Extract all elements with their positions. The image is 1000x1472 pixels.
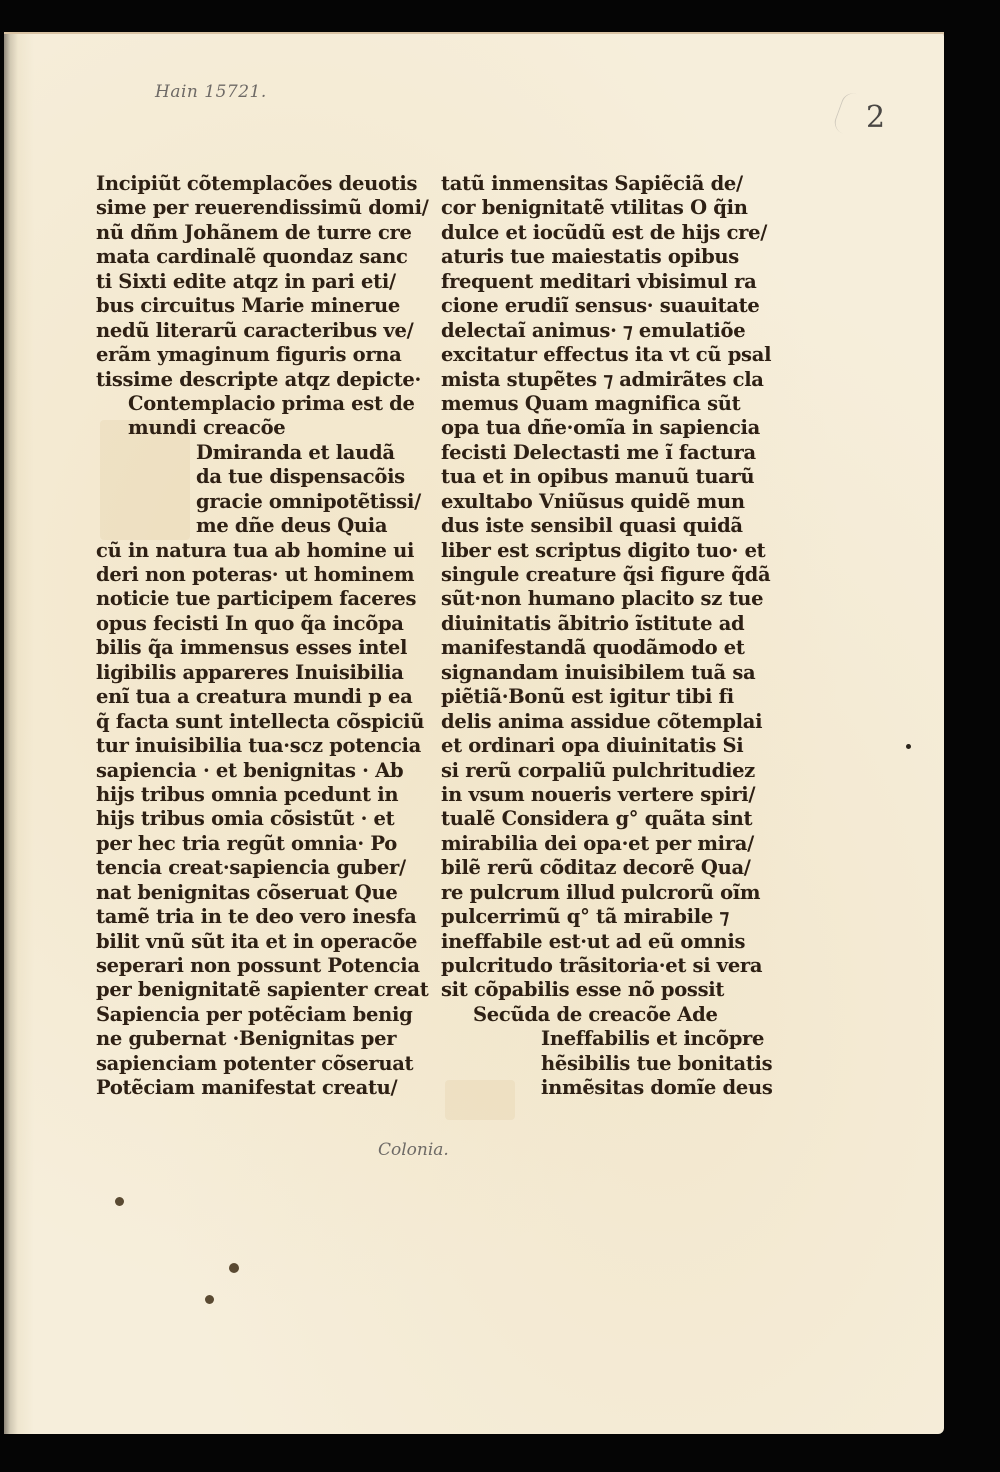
text-line: q̃ facta sunt intellecta cõspiciũ <box>96 710 376 734</box>
text-line: seperari non possunt Potencia <box>96 954 376 978</box>
text-line: Ineffabilis et incõpre <box>441 1027 737 1051</box>
text-line: re pulcrum illud pulcrorũ oĩm <box>441 881 737 905</box>
text-line: opa tua dñe·omĩa in sapiencia <box>441 416 737 440</box>
text-line: tamẽ tria in te deo vero inesfa <box>96 905 376 929</box>
place-note: Colonia. <box>378 1140 449 1160</box>
text-line: nat benignitas cõseruat Que <box>96 881 376 905</box>
text-line: tualẽ Considera g° quãta sint <box>441 807 737 831</box>
text-line: aturis tue maiestatis opibus <box>441 245 737 269</box>
text-line: cũ in natura tua ab homine ui <box>96 539 376 563</box>
text-line: mata cardinalẽ quondaz sanc <box>96 245 376 269</box>
text-line: tissime descripte atqz depicte· <box>96 368 376 392</box>
text-line: da tue dispensacõis <box>96 465 376 489</box>
text-line: pulcritudo trãsitoria·et si vera <box>441 954 737 978</box>
text-line: memus Quam magnifica sũt <box>441 392 737 416</box>
text-line: ti Sixti edite atqz in pari eti/ <box>96 270 376 294</box>
text-line: tua et in opibus manuũ tuarũ <box>441 465 737 489</box>
text-line: sapienciam potenter cõseruat <box>96 1052 376 1076</box>
text-line: erãm ymaginum figuris orna <box>96 343 376 367</box>
text-line: dulce et iocũdũ est de hijs cre/ <box>441 221 737 245</box>
right-text-column: tatũ inmensitas Sapiẽciã de/ cor benigni… <box>441 172 737 1101</box>
ink-spot <box>115 1197 124 1206</box>
text-line: ineffabile est·ut ad eũ omnis <box>441 930 737 954</box>
catalog-note: Hain 15721. <box>155 82 267 102</box>
folio-number: 2 <box>866 100 885 135</box>
text-line: bilit vnũ sũt ita et in operacõe <box>96 930 376 954</box>
text-line: exultabo Vniũsus quidẽ mun <box>441 490 737 514</box>
text-line: tencia creat·sapiencia guber/ <box>96 856 376 880</box>
text-line: manifestandã quodãmodo et <box>441 636 737 660</box>
text-line: delis anima assidue cõtemplai <box>441 710 737 734</box>
text-line: ligibilis appareres Inuisibilia <box>96 661 376 685</box>
ink-spot <box>906 744 911 749</box>
text-line: Incipiũt cõtemplacões deuotis <box>96 172 376 196</box>
text-line: noticie tue participem faceres <box>96 587 376 611</box>
text-line: sit cõpabilis esse nõ possit <box>441 978 737 1002</box>
text-line: per hec tria regũt omnia· Po <box>96 832 376 856</box>
text-line: singule creature q̃si figure q̃dã <box>441 563 737 587</box>
text-line: Dmiranda et laudã <box>96 441 376 465</box>
text-line: liber est scriptus digito tuo· et <box>441 539 737 563</box>
rubric-line: Contemplacio prima est de <box>96 392 376 416</box>
left-text-column: Incipiũt cõtemplacões deuotis sime per r… <box>96 172 376 1101</box>
text-line: Sapiencia per potẽciam benig <box>96 1003 376 1027</box>
text-line: hẽsibilis tue bonitatis <box>441 1052 737 1076</box>
text-line: bilis q̃a immensus esses intel <box>96 636 376 660</box>
text-line: inmẽsitas domĩe deus <box>441 1076 737 1100</box>
text-line: tur inuisibilia tua·scz potencia <box>96 734 376 758</box>
ink-spot <box>205 1295 214 1304</box>
text-line: sapiencia · et benignitas · Ab <box>96 759 376 783</box>
text-line: opus fecisti In quo q̃a incõpa <box>96 612 376 636</box>
text-line: sime per reuerendissimũ domi/ <box>96 196 376 220</box>
text-line: mista stupẽtes ⁊ admirãtes cla <box>441 368 737 392</box>
text-line: hijs tribus omnia pcedunt in <box>96 783 376 807</box>
ink-spot <box>229 1263 239 1273</box>
text-line: deri non poteras· ut hominem <box>96 563 376 587</box>
text-line: excitatur effectus ita vt cũ psal <box>441 343 737 367</box>
text-line: delectaĩ animus· ⁊ emulatiõe <box>441 319 737 343</box>
text-line: Potẽciam manifestat creatu/ <box>96 1076 376 1100</box>
text-line: piẽtiã·Bonũ est igitur tibi fi <box>441 685 737 709</box>
text-line: dus iste sensibil quasi quidã <box>441 514 737 538</box>
text-line: bilẽ rerũ cõditaz decorẽ Qua/ <box>441 856 737 880</box>
text-line: hijs tribus omia cõsistũt · et <box>96 807 376 831</box>
text-line: signandam inuisibilem tuã sa <box>441 661 737 685</box>
text-line: diuinitatis ãbitrio ĩstitute ad <box>441 612 737 636</box>
text-line: per benignitatẽ sapienter creat <box>96 978 376 1002</box>
text-line: enĩ tua a creatura mundi p ea <box>96 685 376 709</box>
text-line: pulcerrimũ q° tã mirabile ⁊ <box>441 905 737 929</box>
text-line: ne gubernat ·Benignitas per <box>96 1027 376 1051</box>
text-line: si rerũ corpaliũ pulchritudiez <box>441 759 737 783</box>
text-line: et ordinari opa diuinitatis Si <box>441 734 737 758</box>
text-line: gracie omnipotẽtissi/ <box>96 490 376 514</box>
text-line: nedũ literarũ caracteribus ve/ <box>96 319 376 343</box>
text-line: nũ dñm Johãnem de turre cre <box>96 221 376 245</box>
text-line: in vsum noueris vertere spiri/ <box>441 783 737 807</box>
text-line: cione erudiĩ sensus· suauitate <box>441 294 737 318</box>
text-line: frequent meditari vbisimul ra <box>441 270 737 294</box>
text-line: fecisti Delectasti me ĩ factura <box>441 441 737 465</box>
text-line: me dñe deus Quia <box>96 514 376 538</box>
text-line: cor benignitatẽ vtilitas O q̃in <box>441 196 737 220</box>
text-line: mirabilia dei opa·et per mira/ <box>441 832 737 856</box>
rubric-line: Secũda de creacõe Ade <box>441 1003 737 1027</box>
text-line: bus circuitus Marie minerue <box>96 294 376 318</box>
text-line: tatũ inmensitas Sapiẽciã de/ <box>441 172 737 196</box>
rubric-line: mundi creacõe <box>96 416 376 440</box>
text-line: sũt·non humano placito sz tue <box>441 587 737 611</box>
